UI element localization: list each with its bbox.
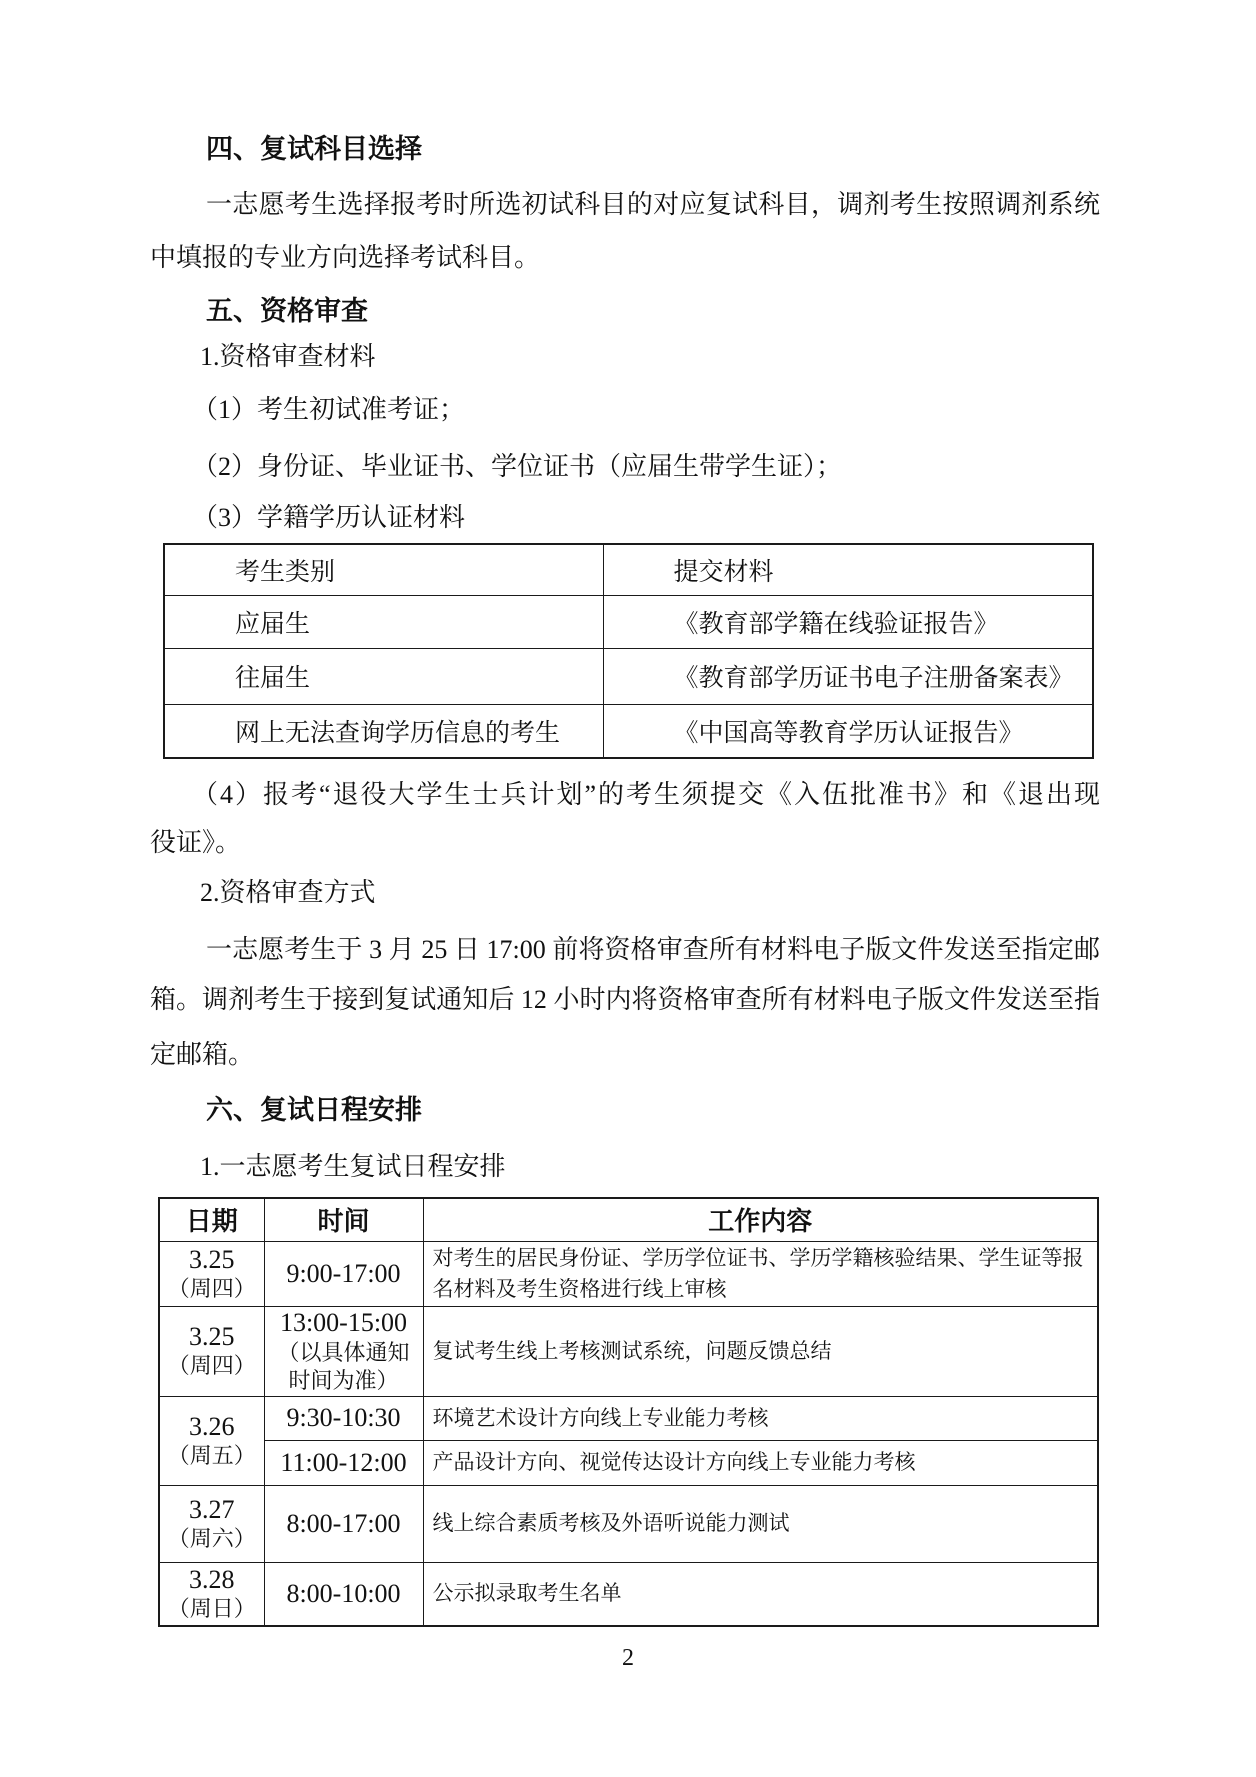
date-cell: 3.25 （周四） xyxy=(159,1306,264,1396)
time-note: 时间为准） xyxy=(265,1367,423,1395)
list-item: 2.资格审查方式 xyxy=(150,876,1100,910)
date-value: 3.25 xyxy=(160,1322,264,1352)
time-note: （以具体通知 xyxy=(265,1339,423,1367)
time-cell: 11:00-12:00 xyxy=(264,1440,423,1485)
table-header-cell: 时间 xyxy=(264,1198,423,1241)
table-header-cell: 日期 xyxy=(159,1198,264,1241)
time-value: 13:00-15:00 xyxy=(265,1307,423,1339)
table-cell: 《教育部学历证书电子注册备案表》 xyxy=(603,648,1093,704)
list-item: 1.资格审查材料 xyxy=(150,340,1100,374)
paragraph-line: 役证》。 xyxy=(150,826,1100,860)
task-cell: 公示拟录取考生名单 xyxy=(423,1562,1098,1626)
table-row: 3.26 （周五） 9:30-10:30 环境艺术设计方向线上专业能力考核 xyxy=(159,1396,1098,1440)
time-cell: 8:00-17:00 xyxy=(264,1485,423,1562)
weekday-value: （周五） xyxy=(160,1442,264,1470)
paragraph-line: 一志愿考生选择报考时所选初试科目的对应复试科目，调剂考生按照调剂系统 xyxy=(150,188,1100,222)
date-cell: 3.28 （周日） xyxy=(159,1562,264,1626)
schedule-table: 日期 时间 工作内容 3.25 （周四） 9:00-17:00 对考生的居民身份… xyxy=(158,1197,1099,1627)
task-cell: 线上综合素质考核及外语听说能力测试 xyxy=(423,1485,1098,1562)
paragraph-line: 定邮箱。 xyxy=(150,1038,1100,1072)
table-cell: 《教育部学籍在线验证报告》 xyxy=(603,595,1093,648)
date-value: 3.27 xyxy=(160,1495,264,1525)
time-cell: 9:30-10:30 xyxy=(264,1396,423,1440)
list-item: （1）考生初试准考证； xyxy=(150,393,1100,427)
paragraph-line: 中填报的专业方向选择考试科目。 xyxy=(150,241,1100,275)
date-value: 3.28 xyxy=(160,1565,264,1595)
weekday-value: （周四） xyxy=(160,1275,264,1303)
table-row: 3.27 （周六） 8:00-17:00 线上综合素质考核及外语听说能力测试 xyxy=(159,1485,1098,1562)
weekday-value: （周日） xyxy=(160,1595,264,1623)
weekday-value: （周六） xyxy=(160,1525,264,1553)
section-4-heading: 四、复试科目选择 xyxy=(150,132,1100,166)
date-cell: 3.27 （周六） xyxy=(159,1485,264,1562)
section-5-heading: 五、资格审查 xyxy=(150,294,1100,328)
task-cell: 环境艺术设计方向线上专业能力考核 xyxy=(423,1396,1098,1440)
task-cell: 产品设计方向、视觉传达设计方向线上专业能力考核 xyxy=(423,1440,1098,1485)
time-cell: 9:00-17:00 xyxy=(264,1241,423,1306)
table-row: 11:00-12:00 产品设计方向、视觉传达设计方向线上专业能力考核 xyxy=(159,1440,1098,1485)
time-cell: 13:00-15:00 （以具体通知 时间为准） xyxy=(264,1306,423,1396)
paragraph-line: （4）报考“退役大学生士兵计划”的考生须提交《入伍批准书》和《退出现 xyxy=(150,778,1100,812)
page-number: 2 xyxy=(0,1645,1256,1672)
table-header-cell: 提交材料 xyxy=(603,544,1093,595)
list-item: （3）学籍学历认证材料 xyxy=(150,501,1100,535)
date-cell: 3.26 （周五） xyxy=(159,1396,264,1485)
table-cell: 《中国高等教育学历认证报告》 xyxy=(603,704,1093,758)
time-cell: 8:00-10:00 xyxy=(264,1562,423,1626)
date-value: 3.25 xyxy=(160,1245,264,1275)
table-row: 3.28 （周日） 8:00-10:00 公示拟录取考生名单 xyxy=(159,1562,1098,1626)
table-cell: 网上无法查询学历信息的考生 xyxy=(164,704,603,758)
list-item: （2）身份证、毕业证书、学位证书（应届生带学生证）； xyxy=(150,450,1100,484)
table-row: 3.25 （周四） 9:00-17:00 对考生的居民身份证、学历学位证书、学历… xyxy=(159,1241,1098,1306)
task-cell: 对考生的居民身份证、学历学位证书、学历学籍核验结果、学生证等报名材料及考生资格进… xyxy=(423,1241,1098,1306)
table-row: 往届生 《教育部学历证书电子注册备案表》 xyxy=(164,648,1093,704)
table-cell: 应届生 xyxy=(164,595,603,648)
table-row: 3.25 （周四） 13:00-15:00 （以具体通知 时间为准） 复试考生线… xyxy=(159,1306,1098,1396)
paragraph-line: 箱。调剂考生于接到复试通知后 12 小时内将资格审查所有材料电子版文件发送至指 xyxy=(150,983,1100,1017)
date-cell: 3.25 （周四） xyxy=(159,1241,264,1306)
table-cell: 往届生 xyxy=(164,648,603,704)
date-value: 3.26 xyxy=(160,1412,264,1442)
weekday-value: （周四） xyxy=(160,1352,264,1380)
table-header-cell: 考生类别 xyxy=(164,544,603,595)
paragraph-line: 一志愿考生于 3 月 25 日 17:00 前将资格审查所有材料电子版文件发送至… xyxy=(150,933,1100,967)
table-row: 应届生 《教育部学籍在线验证报告》 xyxy=(164,595,1093,648)
materials-table: 考生类别 提交材料 应届生 《教育部学籍在线验证报告》 往届生 《教育部学历证书… xyxy=(163,543,1094,759)
section-6-heading: 六、复试日程安排 xyxy=(150,1093,1100,1127)
table-row: 网上无法查询学历信息的考生 《中国高等教育学历认证报告》 xyxy=(164,704,1093,758)
list-item: 1.一志愿考生复试日程安排 xyxy=(150,1150,1100,1184)
task-cell: 复试考生线上考核测试系统，问题反馈总结 xyxy=(423,1306,1098,1396)
table-header-cell: 工作内容 xyxy=(423,1198,1098,1241)
document-page: 四、复试科目选择 一志愿考生选择报考时所选初试科目的对应复试科目，调剂考生按照调… xyxy=(0,0,1256,1777)
